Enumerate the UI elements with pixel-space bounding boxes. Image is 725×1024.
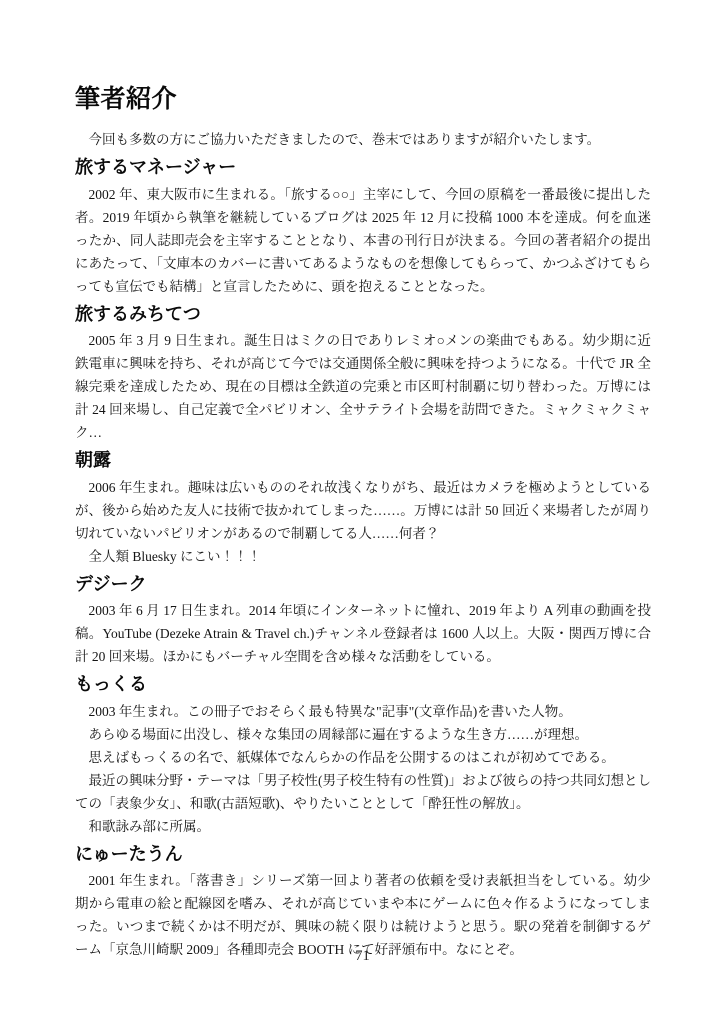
author-section: にゅーたうん2001 年生まれ。「落書き」シリーズ第一回より著者の依頼を受け表紙…: [75, 843, 651, 962]
section-paragraph: 思えばもっくるの名で、紙媒体でなんらかの作品を公開するのはこれが初めてである。: [75, 746, 651, 769]
author-section: 旅するみちてつ2005 年 3 月 9 日生まれ。誕生日はミクの日でありレミオ○…: [75, 303, 651, 445]
author-section: もっくる2003 年生まれ。この冊子でおそらく最も特異な"記事"(文章作品)を書…: [75, 673, 651, 838]
section-paragraph: 最近の興味分野・テーマは「男子校性(男子校生特有の性質)」および彼らの持つ共同幻…: [75, 769, 651, 815]
section-paragraph: 2005 年 3 月 9 日生まれ。誕生日はミクの日でありレミオ○メンの楽曲でも…: [75, 329, 651, 444]
section-heading: デジーク: [75, 573, 651, 596]
page-number: 71: [0, 948, 725, 965]
section-paragraph: 2002 年、東大阪市に生まれる。「旅する○○」主宰にして、今回の原稿を一番最後…: [75, 183, 651, 298]
section-paragraph: 2006 年生まれ。趣味は広いもののそれ故浅くなりがち、最近はカメラを極めようと…: [75, 476, 651, 545]
intro-paragraph: 今回も多数の方にご協力いただきましたので、巻末ではありますが紹介いたします。: [75, 128, 651, 151]
section-heading: 旅するマネージャー: [75, 156, 651, 179]
section-heading: 旅するみちてつ: [75, 303, 651, 326]
author-section: デジーク2003 年 6 月 17 日生まれ。2014 年頃にインターネットに憧…: [75, 573, 651, 669]
section-heading: 朝露: [75, 449, 651, 472]
section-heading: もっくる: [75, 673, 651, 696]
section-paragraph: あらゆる場面に出没し、様々な集団の周縁部に遍在するような生き方……が理想。: [75, 723, 651, 746]
section-paragraph: 2003 年生まれ。この冊子でおそらく最も特異な"記事"(文章作品)を書いた人物…: [75, 700, 651, 723]
section-paragraph: 2003 年 6 月 17 日生まれ。2014 年頃にインターネットに憧れ、20…: [75, 599, 651, 668]
author-section: 朝露2006 年生まれ。趣味は広いもののそれ故浅くなりがち、最近はカメラを極めよ…: [75, 449, 651, 568]
section-heading: にゅーたうん: [75, 843, 651, 866]
section-paragraph: 和歌詠み部に所属。: [75, 815, 651, 838]
author-section: 旅するマネージャー2002 年、東大阪市に生まれる。「旅する○○」主宰にして、今…: [75, 156, 651, 298]
author-sections: 旅するマネージャー2002 年、東大阪市に生まれる。「旅する○○」主宰にして、今…: [75, 156, 651, 961]
document-body: 筆者紹介 今回も多数の方にご協力いただきましたので、巻末ではありますが紹介いたし…: [75, 84, 651, 961]
section-paragraph: 全人類 Bluesky にこい！！！: [75, 545, 651, 568]
document-page: { "page": { "title": "筆者紹介", "intro": "今…: [0, 0, 725, 1024]
page-title: 筆者紹介: [75, 84, 651, 114]
